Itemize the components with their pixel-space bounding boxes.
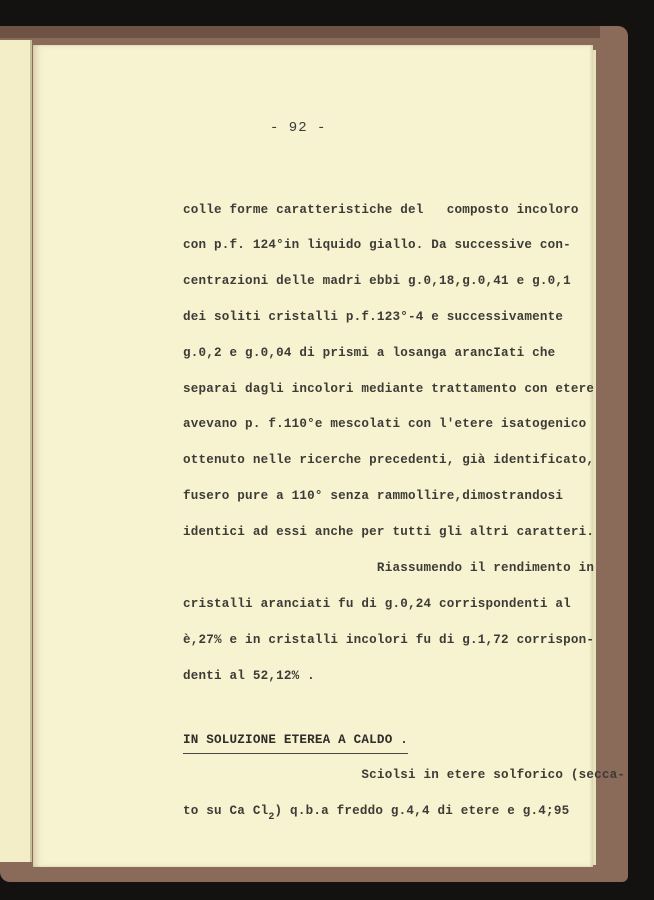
text-line-6: separai dagli incolori mediante trattame… [183, 382, 594, 396]
text-line-4: dei soliti cristalli p.f.123°-4 e succes… [183, 310, 563, 324]
page-number: - 92 - [270, 120, 326, 136]
text-line-2: con p.f. 124°in liquido giallo. Da succe… [183, 238, 571, 252]
text-line-1: colle forme caratteristiche del composto… [183, 203, 579, 217]
text-line-10: identici ad essi anche per tutti gli alt… [183, 525, 594, 539]
text-line-7: avevano p. f.110°e mescolati con l'etere… [183, 417, 586, 431]
text-line-11: Riassumendo il rendimento in [183, 561, 594, 575]
left-page-edge [0, 40, 32, 862]
text-line-3: centrazioni delle madri ebbi g.0,18,g.0,… [183, 274, 571, 288]
section-heading: IN SOLUZIONE ETEREA A CALDO . [183, 733, 408, 754]
section-line-1: Sciolsi in etere solforico (secca- [183, 768, 625, 782]
text-line-13: è,27% e in cristalli incolori fu di g.1,… [183, 633, 594, 647]
cover-shadow [0, 26, 600, 38]
formula-continuation: ) q.b.a freddo g.4,4 di etere e g.4;95 [275, 804, 570, 818]
text-line-5: g.0,2 e g.0,04 di prismi a losanga aranc… [183, 346, 555, 360]
text-line-9: fusero pure a 110° senza rammollire,dimo… [183, 489, 563, 503]
section-line-2: to su Ca Cl2) q.b.a freddo g.4,4 di eter… [183, 804, 569, 823]
text-line-12: cristalli aranciati fu di g.0,24 corrisp… [183, 597, 571, 611]
formula-text: to su Ca Cl [183, 804, 268, 818]
text-line-14: denti al 52,12% . [183, 669, 315, 683]
text-line-8: ottenuto nelle ricerche precedenti, già … [183, 453, 594, 467]
